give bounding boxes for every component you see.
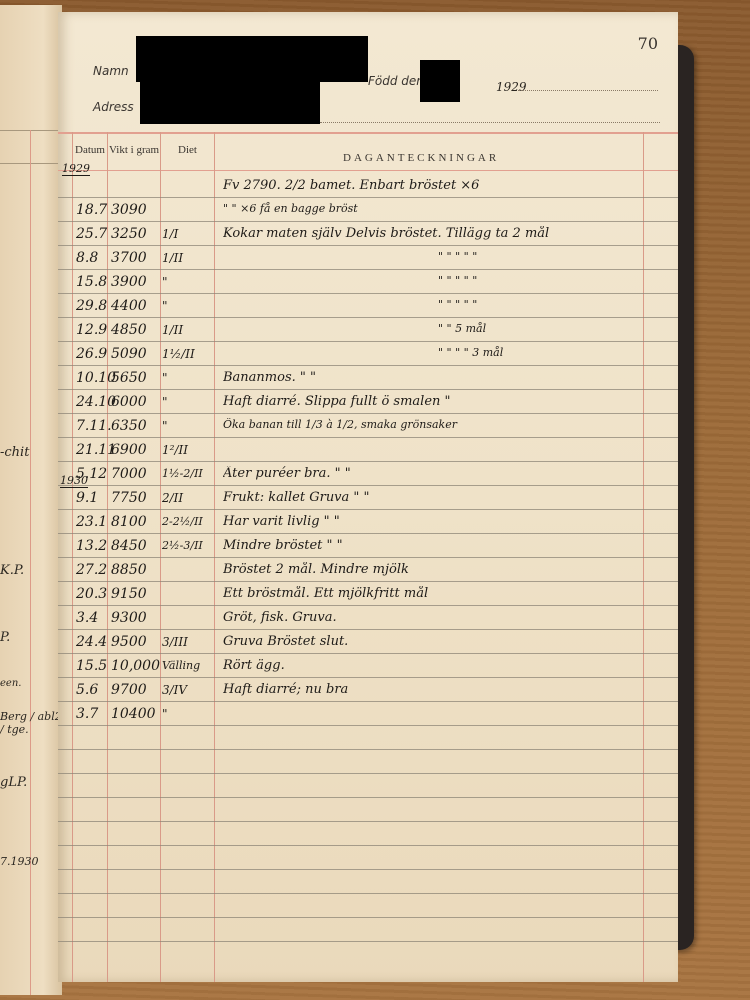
ledger-row: 5.12 7000 1½-2/II Äter puréer bra. " " — [58, 462, 678, 485]
entry-date: 13.2 — [76, 538, 116, 554]
entry-diet: 1/I — [162, 227, 217, 241]
entry-note: Kokar maten själv Delvis bröstet. Tilläg… — [223, 226, 670, 241]
entry-weight: 8100 — [111, 514, 166, 530]
entry-diet: 2½-3/II — [162, 539, 217, 552]
redacted-birthdate — [420, 60, 460, 102]
entry-date: 5.6 — [76, 682, 116, 698]
entry-date: 7.11. — [76, 418, 116, 434]
entry-diet: 1½/II — [162, 347, 217, 361]
entry-diet: 3/IV — [162, 683, 217, 697]
entry-note: Fv 2790. 2/2 bamet. Enbart bröstet ×6 — [223, 178, 670, 193]
entry-date: 12.9 — [76, 322, 116, 338]
ledger-page: 70 Namn Född den 1929 Adress Datum Vikt … — [58, 12, 678, 982]
entry-note: Mindre bröstet " " — [223, 538, 670, 553]
entry-note: Bananmos. " " — [223, 370, 670, 385]
entry-weight: 8850 — [111, 562, 166, 578]
address-label: Adress — [93, 100, 134, 114]
entry-weight: 10400 — [111, 706, 166, 722]
entry-note: Öka banan till 1/3 à 1/2, smaka grönsake… — [223, 418, 670, 431]
row-rule — [58, 869, 678, 870]
row-rule — [58, 893, 678, 894]
left-page-note: gLP. — [0, 775, 27, 790]
left-page-note: Berg / abl2 / tge. — [0, 710, 62, 736]
entry-weight: 5650 — [111, 370, 166, 386]
entry-note: " " " " " — [438, 250, 670, 263]
left-page: -chit K.P. P. een. Berg / abl2 / tge. gL… — [0, 5, 62, 995]
entry-date: 8.8 — [76, 250, 116, 266]
row-rule — [58, 845, 678, 846]
entry-diet: " — [162, 419, 217, 433]
entry-date: 5.12 — [76, 466, 116, 482]
entry-weight: 4850 — [111, 322, 166, 338]
entry-date: 27.2 — [76, 562, 116, 578]
born-year: 1929 — [496, 80, 527, 94]
entry-weight: 7750 — [111, 490, 166, 506]
entry-diet: Välling — [162, 659, 217, 672]
entry-note: " " " " " — [438, 298, 670, 311]
ledger-row: 24.4 9500 3/III Gruva Bröstet slut. — [58, 630, 678, 653]
entry-diet: 1½-2/II — [162, 467, 217, 480]
left-page-note: K.P. — [0, 563, 24, 578]
row-rule — [58, 725, 678, 726]
entry-date: 3.7 — [76, 706, 116, 722]
entry-note: Haft diarré; nu bra — [223, 682, 670, 697]
entry-note: Haft diarré. Slippa fullt ö smalen " — [223, 394, 670, 409]
entry-diet: 1/II — [162, 323, 217, 337]
left-page-note: P. — [0, 630, 10, 645]
ledger-row: 3.4 9300 Gröt, fisk. Gruva. — [58, 606, 678, 629]
entry-diet: 2-2½/II — [162, 515, 217, 528]
entry-weight: 5090 — [111, 346, 166, 362]
rule — [0, 163, 62, 164]
entry-weight: 3700 — [111, 250, 166, 266]
name-label: Namn — [93, 64, 129, 78]
entry-note: " " " " " — [438, 274, 670, 287]
entry-weight: 6000 — [111, 394, 166, 410]
entry-note: Rört ägg. — [223, 658, 670, 673]
born-label: Född den — [368, 74, 424, 88]
entry-date: 24.10 — [76, 394, 116, 410]
entry-date: 3.4 — [76, 610, 116, 626]
entry-date: 26.9 — [76, 346, 116, 362]
row-rule — [58, 797, 678, 798]
entry-diet: " — [162, 371, 217, 385]
entry-date: 15.5 — [76, 658, 116, 674]
entry-weight: 3250 — [111, 226, 166, 242]
ledger-row: 10.10 5650 " Bananmos. " " — [58, 366, 678, 389]
entry-weight: 9300 — [111, 610, 166, 626]
column-header-diet: Diet — [178, 144, 197, 156]
entry-date: 21.11 — [76, 442, 116, 458]
entry-date: 23.1 — [76, 514, 116, 530]
ledger-row: 13.2 8450 2½-3/II Mindre bröstet " " — [58, 534, 678, 557]
entry-date: 20.3 — [76, 586, 116, 602]
entry-weight: 10,000 — [111, 658, 166, 674]
entry-note: " " ×6 få en bagge bröst — [223, 202, 670, 215]
ledger-row-intro: Fv 2790. 2/2 bamet. Enbart bröstet ×6 — [58, 174, 678, 197]
ledger-row: 26.9 5090 1½/II " " " " 3 mål — [58, 342, 678, 365]
entry-note: Gruva Bröstet slut. — [223, 634, 670, 649]
entry-weight: 3900 — [111, 274, 166, 290]
ledger-row: 23.1 8100 2-2½/II Har varit livlig " " — [58, 510, 678, 533]
page-number: 70 — [638, 34, 658, 53]
ledger-row: 15.5 10,000 Välling Rört ägg. — [58, 654, 678, 677]
entry-diet: " — [162, 299, 217, 313]
entry-date: 24.4 — [76, 634, 116, 650]
entry-date: 15.8 — [76, 274, 116, 290]
ledger-row: 27.2 8850 Bröstet 2 mål. Mindre mjölk — [58, 558, 678, 581]
left-page-note: een. — [0, 678, 21, 689]
entry-date: 18.7 — [76, 202, 116, 218]
entry-note: " " 5 mål — [438, 322, 670, 335]
entry-weight: 6900 — [111, 442, 166, 458]
entry-diet: 1²/II — [162, 443, 217, 457]
entry-note: Har varit livlig " " — [223, 514, 670, 529]
entry-note: Frukt: kallet Gruva " " — [223, 490, 670, 505]
entry-date: 25.7 — [76, 226, 116, 242]
column-header-date: Datum — [75, 144, 105, 156]
row-rule — [58, 917, 678, 918]
entry-note: " " " " 3 mål — [438, 346, 670, 359]
entry-diet: " — [162, 395, 217, 409]
ledger-row: 24.10 6000 " Haft diarré. Slippa fullt ö… — [58, 390, 678, 413]
entry-weight: 9500 — [111, 634, 166, 650]
entry-note: Gröt, fisk. Gruva. — [223, 610, 670, 625]
entry-weight: 6350 — [111, 418, 166, 434]
header-bottom-rule — [58, 170, 678, 171]
entry-note: Ett bröstmål. Ett mjölkfritt mål — [223, 586, 670, 601]
row-rule — [58, 749, 678, 750]
left-page-note: -chit — [0, 445, 29, 460]
ledger-row: 8.8 3700 1/II " " " " " — [58, 246, 678, 269]
entry-weight: 8450 — [111, 538, 166, 554]
entry-diet: " — [162, 707, 217, 721]
redacted-address — [140, 82, 320, 124]
entry-date: 9.1 — [76, 490, 116, 506]
column-header-weight: Vikt i gram — [109, 144, 159, 156]
entry-weight: 7000 — [111, 466, 166, 482]
rule — [0, 130, 62, 131]
ledger-row: 25.7 3250 1/I Kokar maten själv Delvis b… — [58, 222, 678, 245]
entry-diet: 1/II — [162, 251, 217, 265]
ledger-row: 15.8 3900 " " " " " " — [58, 270, 678, 293]
entry-weight: 3090 — [111, 202, 166, 218]
ledger-row: 18.7 3090 " " ×6 få en bagge bröst — [58, 198, 678, 221]
entry-weight: 9150 — [111, 586, 166, 602]
ledger-row: 9.1 7750 2/II Frukt: kallet Gruva " " — [58, 486, 678, 509]
ledger-row: 3.7 10400 " — [58, 702, 678, 725]
ledger-row: 29.8 4400 " " " " " " — [58, 294, 678, 317]
row-rule — [58, 941, 678, 942]
entry-diet: 2/II — [162, 491, 217, 505]
header-top-rule — [58, 132, 678, 134]
born-dotted-line — [518, 90, 658, 91]
ledger-row: 20.3 9150 Ett bröstmål. Ett mjölkfritt m… — [58, 582, 678, 605]
entry-date: 29.8 — [76, 298, 116, 314]
ledger-row: 21.11 6900 1²/II — [58, 438, 678, 461]
ledger-row: 5.6 9700 3/IV Haft diarré; nu bra — [58, 678, 678, 701]
entry-date: 10.10 — [76, 370, 116, 386]
ledger-row: 12.9 4850 1/II " " 5 mål — [58, 318, 678, 341]
left-page-note: 7.1930 — [0, 855, 39, 868]
row-rule — [58, 773, 678, 774]
ledger-row: 7.11. 6350 " Öka banan till 1/3 à 1/2, s… — [58, 414, 678, 437]
entry-note: Äter puréer bra. " " — [223, 466, 670, 481]
row-rule — [58, 821, 678, 822]
entry-note: Bröstet 2 mål. Mindre mjölk — [223, 562, 670, 577]
entry-diet: 3/III — [162, 635, 217, 649]
redacted-name — [136, 36, 368, 82]
column-header-notes: DAGANTECKNINGAR — [343, 152, 499, 164]
address-dotted-line — [320, 122, 660, 123]
entry-weight: 9700 — [111, 682, 166, 698]
entry-diet: " — [162, 275, 217, 289]
entry-weight: 4400 — [111, 298, 166, 314]
